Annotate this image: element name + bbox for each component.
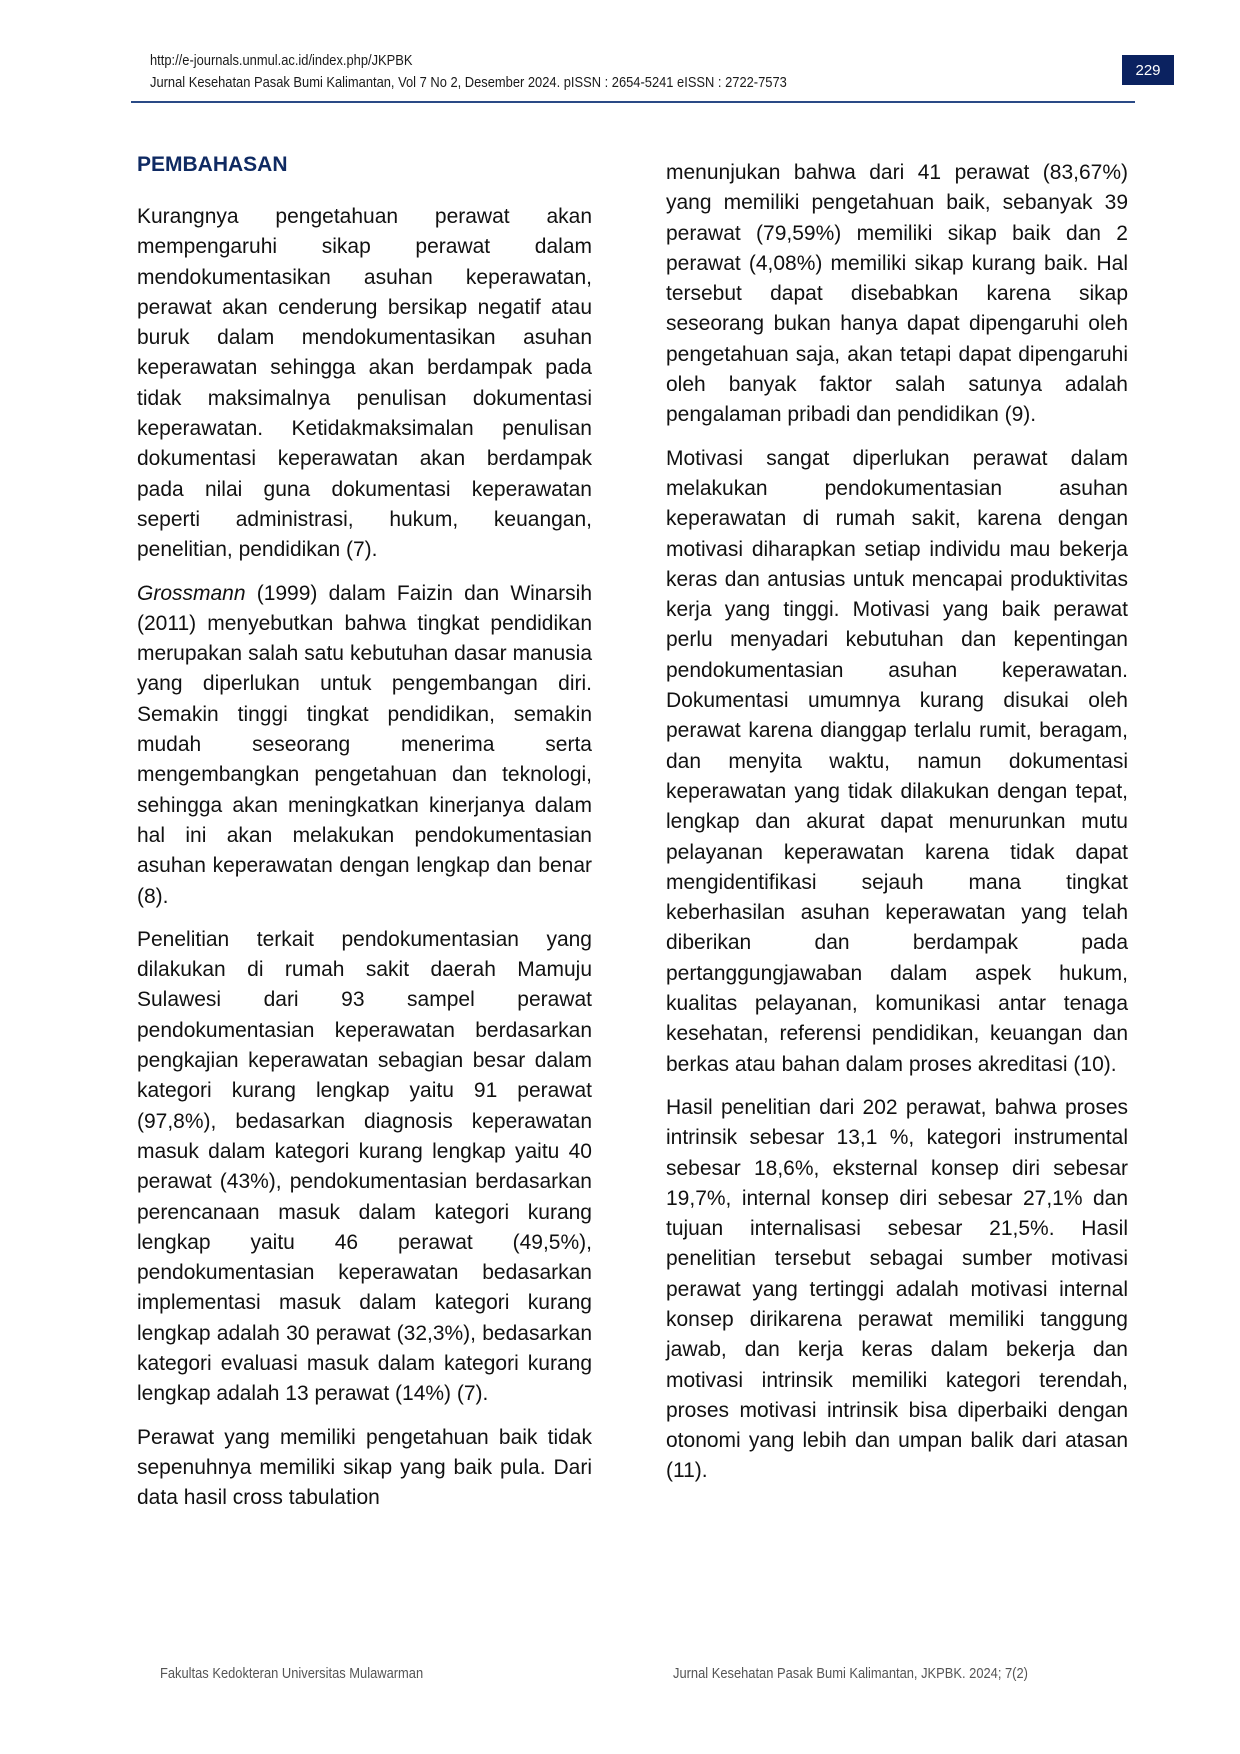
- left-column: PEMBAHASAN Kurangnya pengetahuan perawat…: [137, 150, 592, 1526]
- paragraph: Perawat yang memiliki pengetahuan baik t…: [137, 1423, 592, 1514]
- paragraph: Penelitian terkait pendokumentasian yang…: [137, 925, 592, 1410]
- paragraph: Grossmann (1999) dalam Faizin dan Winars…: [137, 579, 592, 912]
- header-divider: [131, 101, 1135, 103]
- paragraph: Kurangnya pengetahuan perawat akan mempe…: [137, 202, 592, 566]
- journal-page: http://e-journals.unmul.ac.id/index.php/…: [0, 0, 1240, 1754]
- footer-institution: Fakultas Kedokteran Universitas Mulawarm…: [160, 1665, 423, 1682]
- right-column: menunjukan bahwa dari 41 perawat (83,67%…: [666, 158, 1128, 1500]
- footer-journal-citation: Jurnal Kesehatan Pasak Bumi Kalimantan, …: [673, 1665, 1028, 1682]
- paragraph: Hasil penelitian dari 202 perawat, bahwa…: [666, 1093, 1128, 1487]
- paragraph: menunjukan bahwa dari 41 perawat (83,67%…: [666, 158, 1128, 431]
- journal-url[interactable]: http://e-journals.unmul.ac.id/index.php/…: [150, 52, 412, 69]
- journal-citation-line: Jurnal Kesehatan Pasak Bumi Kalimantan, …: [150, 74, 787, 91]
- page-number-badge: 229: [1122, 55, 1174, 85]
- italic-author-name: Grossmann: [137, 582, 246, 605]
- section-heading: PEMBAHASAN: [137, 150, 592, 180]
- paragraph-text: (1999) dalam Faizin dan Winarsih (2011) …: [137, 582, 592, 908]
- paragraph: Motivasi sangat diperlukan perawat dalam…: [666, 444, 1128, 1080]
